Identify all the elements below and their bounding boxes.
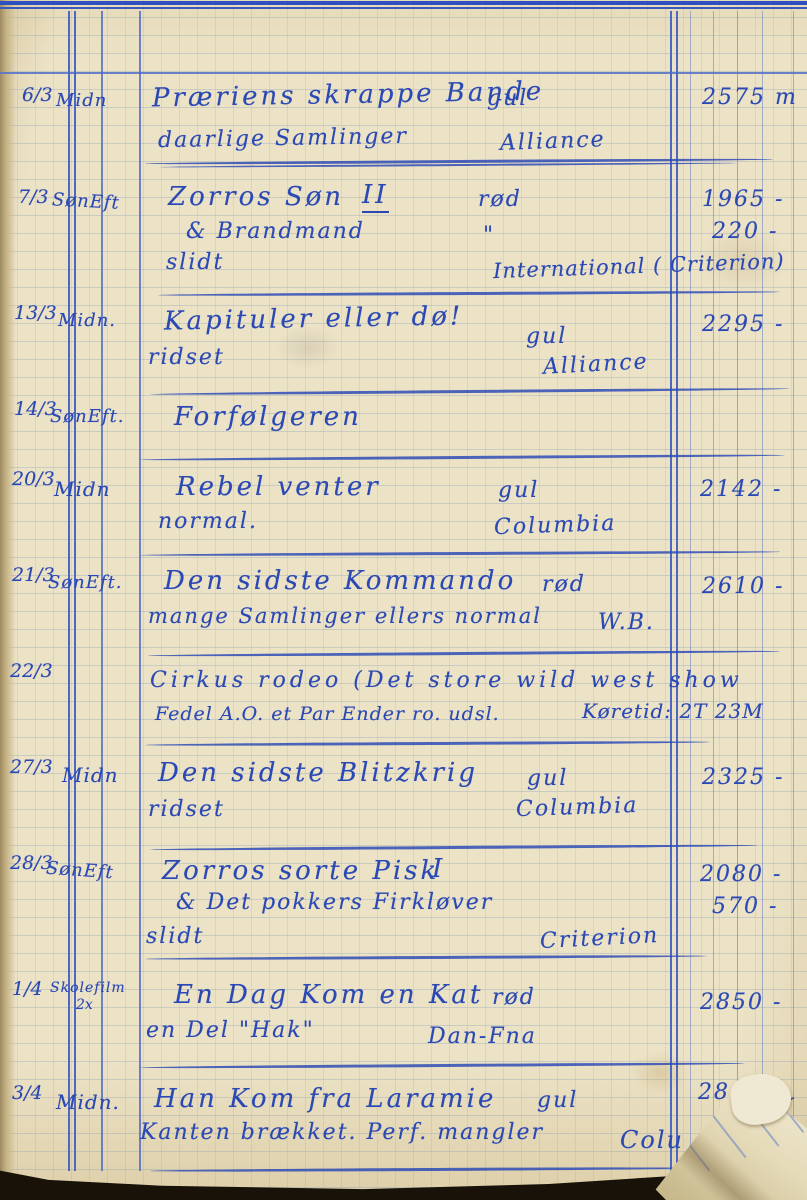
- film-title: Han Kom fra Laramie: [154, 1084, 496, 1114]
- entry-date: 27/3: [10, 756, 53, 778]
- entry-date: 1/4: [12, 978, 43, 1000]
- ledger-paper: [0, 0, 807, 1200]
- distributor-name: Columbia: [516, 793, 639, 822]
- print-color-note: rød: [542, 572, 586, 597]
- entry-day-label: Midn: [56, 90, 107, 111]
- distributor-name: Columbia: [494, 511, 617, 540]
- entry-day-label-2: 2x: [76, 997, 93, 1013]
- print-color-note: gul: [537, 1088, 578, 1113]
- entry-date: 13/3: [14, 302, 57, 324]
- distributor-name: W.B.: [598, 610, 655, 635]
- print-color-note: rød: [478, 187, 522, 212]
- entry-day-label: SønEft: [51, 189, 120, 214]
- film-title: Cirkus rodeo (Det store wild west show: [150, 668, 743, 693]
- film-title: Zorros sorte Pisk: [162, 856, 439, 886]
- entry-day-label: Skolefilm: [50, 980, 126, 996]
- condition-note: normal.: [158, 509, 258, 534]
- entry-day-label: Midn.: [56, 1090, 120, 1114]
- condition-note-2: slidt: [146, 924, 204, 949]
- film-title: Rebel venter: [176, 472, 381, 502]
- amount-value: 1965 -: [702, 187, 784, 212]
- print-color-note: gul: [527, 766, 568, 791]
- condition-note: ridset: [148, 345, 225, 370]
- binding-edge: [0, 0, 16, 1200]
- amount-value: 2295 -: [702, 312, 784, 337]
- amount-value: 2850 -: [700, 990, 782, 1015]
- film-title-secondary: I: [432, 854, 445, 884]
- amount-value: 2575 m: [702, 85, 798, 110]
- distributor-name: Dan-Fna: [428, 1024, 537, 1049]
- condition-note: ridset: [148, 797, 225, 822]
- amount-value: 2080 -: [700, 862, 782, 887]
- ditto-mark: ": [483, 223, 495, 248]
- amount-value: 2610 -: [702, 574, 784, 599]
- entry-date: 6/3: [22, 84, 53, 106]
- condition-note: daarlige Samlinger: [158, 124, 408, 153]
- amount-value-2: 570 -: [712, 894, 778, 919]
- condition-note: Kanten brækket. Perf. mangler: [140, 1120, 544, 1145]
- header-rule: [0, 72, 807, 74]
- column-rule: [676, 11, 678, 1171]
- entry-day-label: SønEft.: [50, 406, 125, 427]
- runtime-note: Køretid: 2T 23M: [582, 699, 764, 723]
- condition-note: en Del "Hak": [146, 1018, 315, 1043]
- film-title: Kapituler eller dø!: [164, 301, 464, 336]
- entry-date: 20/3: [12, 468, 55, 490]
- column-rule: [793, 11, 794, 1171]
- film-title: En Dag Kom en Kat: [174, 980, 483, 1010]
- distributor-name: Alliance: [500, 127, 606, 156]
- entry-day-label: Midn: [54, 477, 111, 501]
- condition-note: mange Samlinger ellers normal: [148, 604, 542, 628]
- film-title: Zorros Søn: [168, 182, 344, 212]
- print-color-note: gul: [487, 86, 528, 111]
- condition-note: & Det pokkers Firkløver: [176, 890, 493, 915]
- amount-value: 2325 -: [702, 765, 784, 790]
- film-title: Forfølgeren: [174, 402, 362, 432]
- amount-value: 2142 -: [700, 477, 782, 502]
- top-margin-rule: [0, 0, 807, 11]
- film-title: Den sidste Kommando: [164, 566, 516, 596]
- entry-date: 7/3: [18, 186, 49, 208]
- entry-day-label: Midn: [62, 763, 119, 787]
- entry-date: 3/4: [12, 1082, 43, 1104]
- condition-note: & Brandmand: [186, 219, 365, 244]
- entry-date: 22/3: [10, 660, 53, 682]
- condition-note-2: slidt: [166, 250, 224, 275]
- print-color-note: gul: [526, 324, 567, 349]
- column-rule: [670, 11, 672, 1171]
- print-color-note: rød: [492, 985, 536, 1010]
- entry-day-label: SønEft.: [48, 572, 123, 593]
- condition-note: Fedel A.O. et Par Ender ro. udsl.: [155, 703, 500, 725]
- folded-corner: [635, 1068, 807, 1200]
- film-title-secondary: II: [362, 180, 389, 213]
- amount-value-2: 220 -: [712, 219, 778, 244]
- print-color-note: gul: [498, 478, 539, 503]
- film-title: Den sidste Blitzkrig: [158, 758, 478, 788]
- column-rule: [139, 11, 141, 1171]
- ledger-page: 6/3 Midn Præriens skrappe Bande gul 2575…: [0, 0, 807, 1200]
- column-rule: [690, 11, 691, 1171]
- entry-day-label: Midn.: [58, 310, 116, 331]
